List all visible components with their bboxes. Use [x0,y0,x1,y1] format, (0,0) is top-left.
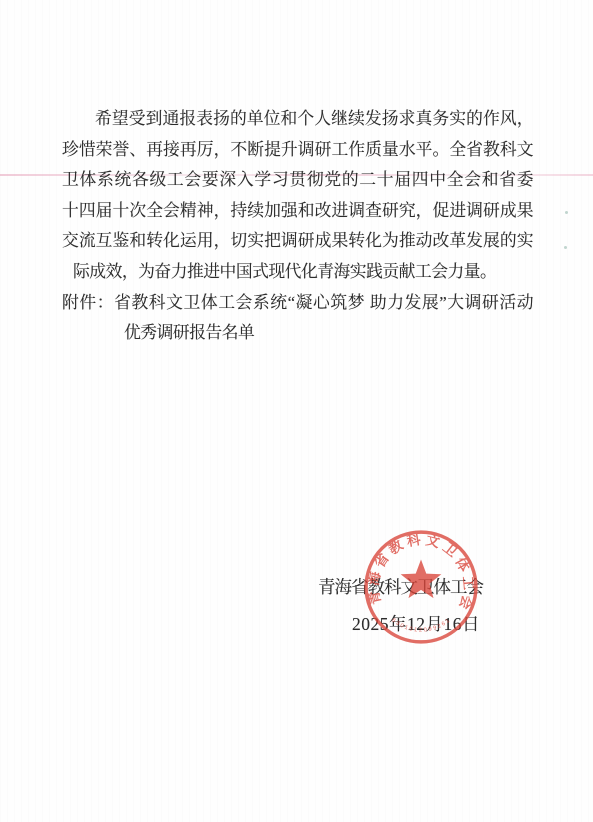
scanned-document-page: 希望受到通报表扬的单位和个人继续发扬求真务实的作风， 珍惜荣誉、再接再厉，不断提… [0,0,593,822]
text-line: 希望受到通报表扬的单位和个人继续发扬求真务实的作风， [62,104,533,135]
issuer-signature: 青海省教科文卫体工会 [318,574,483,599]
text-line: 际成效，为奋力推进中国式现代化青海实践贡献工会力量。 [62,257,533,288]
svg-text:青海省教科文卫体工会: 青海省教科文卫体工会 [365,531,476,612]
body-paragraph: 希望受到通报表扬的单位和个人继续发扬求真务实的作风， 珍惜荣誉、再接再厉，不断提… [62,104,533,349]
scan-speck [564,246,567,249]
text-line: 珍惜荣誉、再接再厉，不断提升调研工作质量水平。全省教科文 [62,135,533,166]
issue-date: 2025年12月16日 [352,611,480,636]
attachment-line: 附件：省教科文卫体工会系统“凝心筑梦 助力发展”大调研活动 [62,288,533,319]
text-line: 十四届十次全会精神，持续加强和改进调查研究，促进调研成果 [62,196,533,227]
seal-arc-text: 青海省教科文卫体工会 [365,531,476,612]
text-line: 交流互鉴和转化运用，切实把调研成果转化为推动改革发展的实 [62,226,533,257]
attachment-title-line: 优秀调研报告名单 [62,318,533,349]
text-line: 卫体系统各级工会要深入学习贯彻党的二十届四中全会和省委 [62,165,533,196]
scan-speck [565,211,568,214]
